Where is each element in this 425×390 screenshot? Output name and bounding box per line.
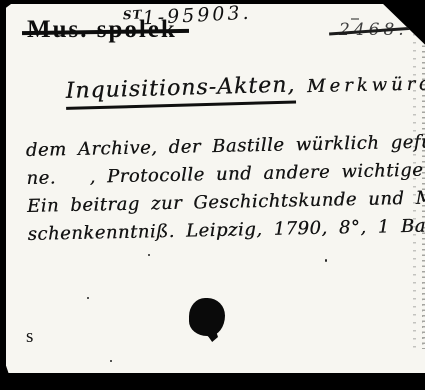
catalog-card: ST1-95903. Mus. spolek 2468. Inquisition… — [6, 4, 425, 373]
right-edge-scan-artifact — [409, 18, 425, 349]
entry-title-line: Inquisitions-Akten,Merkwürdige in — [24, 51, 425, 129]
entry-handwriting: Inquisitions-Akten,Merkwürdige in dem Ar… — [24, 51, 425, 249]
struck-old-number: 2468. — [339, 20, 408, 40]
scan-speck — [87, 297, 89, 299]
scan-speck — [148, 254, 150, 256]
struck-stamp: Mus. spolek — [27, 16, 177, 44]
scan-speck — [110, 360, 112, 362]
ink-blot — [189, 298, 225, 336]
entry-title-continuation: Merkwürdige in — [307, 72, 425, 97]
scan-speck — [325, 259, 327, 262]
entry-title-underlined: Inquisitions-Akten, — [65, 73, 296, 110]
scan-speck — [351, 18, 359, 20]
bottom-shelf-letter: s — [26, 326, 33, 348]
scan-background: ST1-95903. Mus. spolek 2468. Inquisition… — [0, 0, 425, 390]
